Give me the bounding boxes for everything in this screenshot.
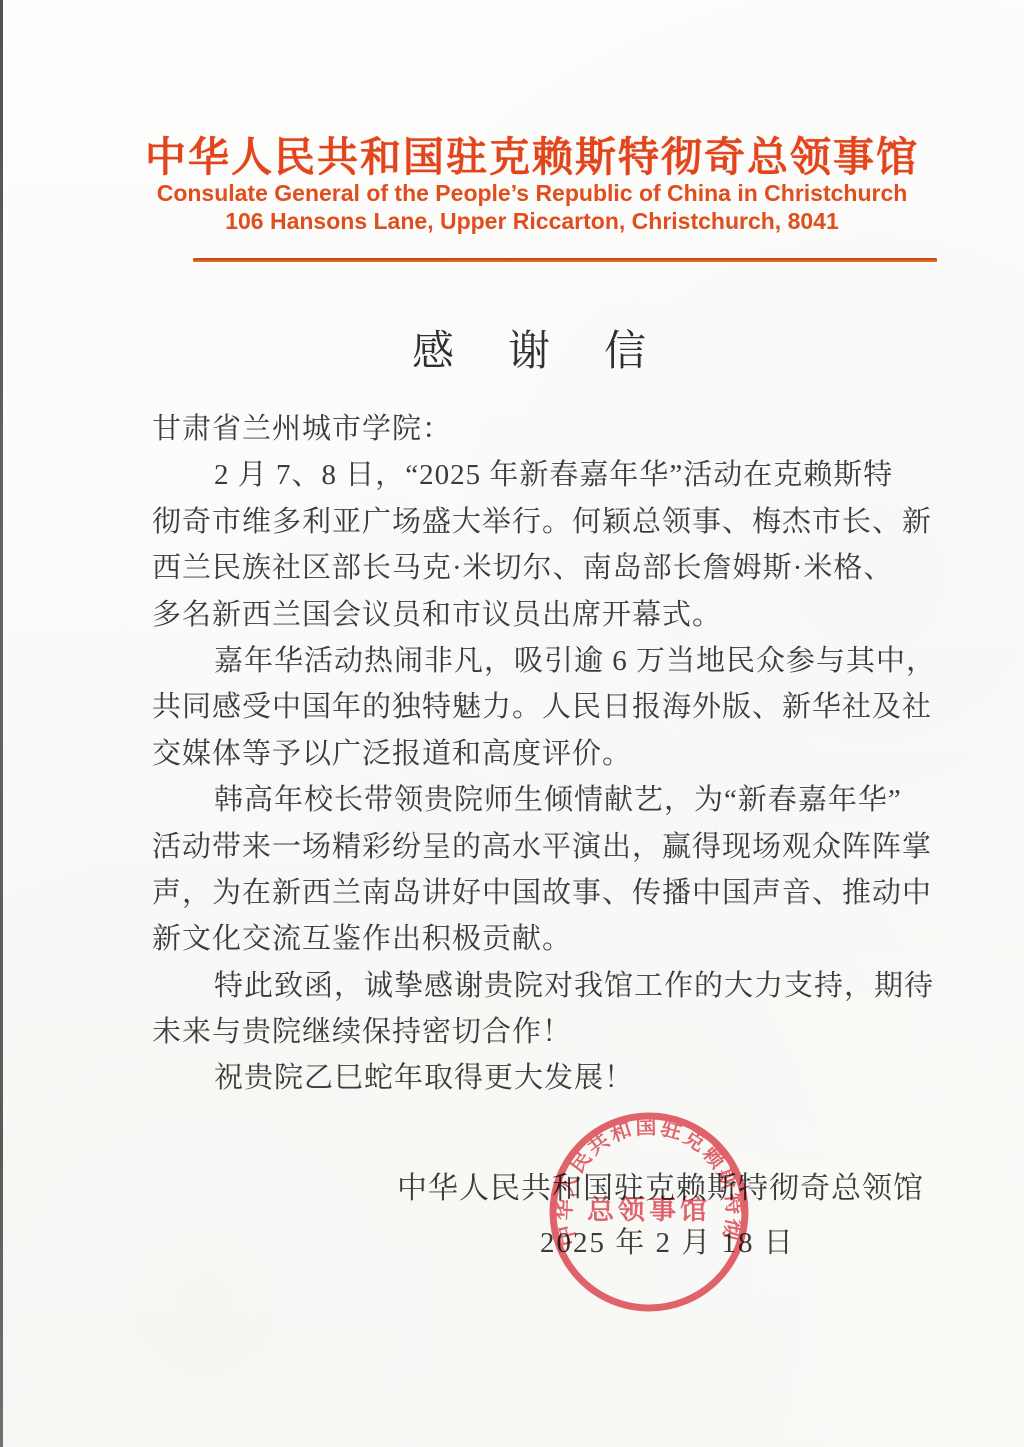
body-line: 2 月 7、8 日，“2025 年新春嘉年华”活动在克赖斯特 <box>152 452 900 498</box>
body-line: 嘉年华活动热闹非凡，吸引逾 6 万当地民众参与其中， <box>152 638 900 684</box>
recipient-line: 甘肃省兰州城市学院： <box>152 406 900 452</box>
letter-title: 感 谢 信 <box>40 318 1024 378</box>
body-line: 声，为在新西兰南岛讲好中国故事、传播中国声音、推动中 <box>152 870 900 916</box>
scan-edge-artifact <box>0 0 3 1447</box>
body-line: 交媒体等予以广泛报道和高度评价。 <box>152 731 900 777</box>
stamp-center-text: 总领事馆 <box>587 1194 711 1225</box>
stamp-ring-text: 中华人民共和国驻克赖斯特彻奇 <box>542 1105 747 1248</box>
body-line: 共同感受中国年的独特魅力。人民日报海外版、新华社及社 <box>152 684 900 730</box>
body-line: 特此致函，诚挚感谢贵院对我馆工作的大力支持，期待 <box>152 963 900 1009</box>
body-line: 韩高年校长带领贵院师生倾情献艺，为“新春嘉年华” <box>152 777 900 823</box>
body-line: 新文化交流互鉴作出积极贡献。 <box>152 916 900 962</box>
scanned-letter-page: 中华人民共和国驻克赖斯特彻奇总领事馆 Consulate General of … <box>0 0 1024 1447</box>
letter-body: 甘肃省兰州城市学院： 2 月 7、8 日，“2025 年新春嘉年华”活动在克赖斯… <box>152 406 900 1102</box>
letterhead-divider <box>193 258 937 262</box>
consulate-seal-stamp: 中华人民共和国驻克赖斯特彻奇 总领事馆 <box>542 1105 756 1319</box>
org-name-chinese: 中华人民共和国驻克赖斯特彻奇总领事馆 <box>40 124 1024 183</box>
org-address: 106 Hansons Lane, Upper Riccarton, Chris… <box>40 208 1024 235</box>
body-line: 活动带来一场精彩纷呈的高水平演出，赢得现场观众阵阵掌 <box>152 824 900 870</box>
body-line: 西兰民族社区部长马克·米切尔、南岛部长詹姆斯·米格、 <box>152 545 900 591</box>
body-line: 多名新西兰国会议员和市议员出席开幕式。 <box>152 592 900 638</box>
body-line: 彻奇市维多利亚广场盛大举行。何颖总领事、梅杰市长、新 <box>152 499 900 545</box>
org-name-english: Consulate General of the People’s Republ… <box>40 180 1024 207</box>
body-line: 未来与贵院继续保持密切合作！ <box>152 1009 900 1055</box>
body-line: 祝贵院乙巳蛇年取得更大发展！ <box>152 1055 900 1101</box>
